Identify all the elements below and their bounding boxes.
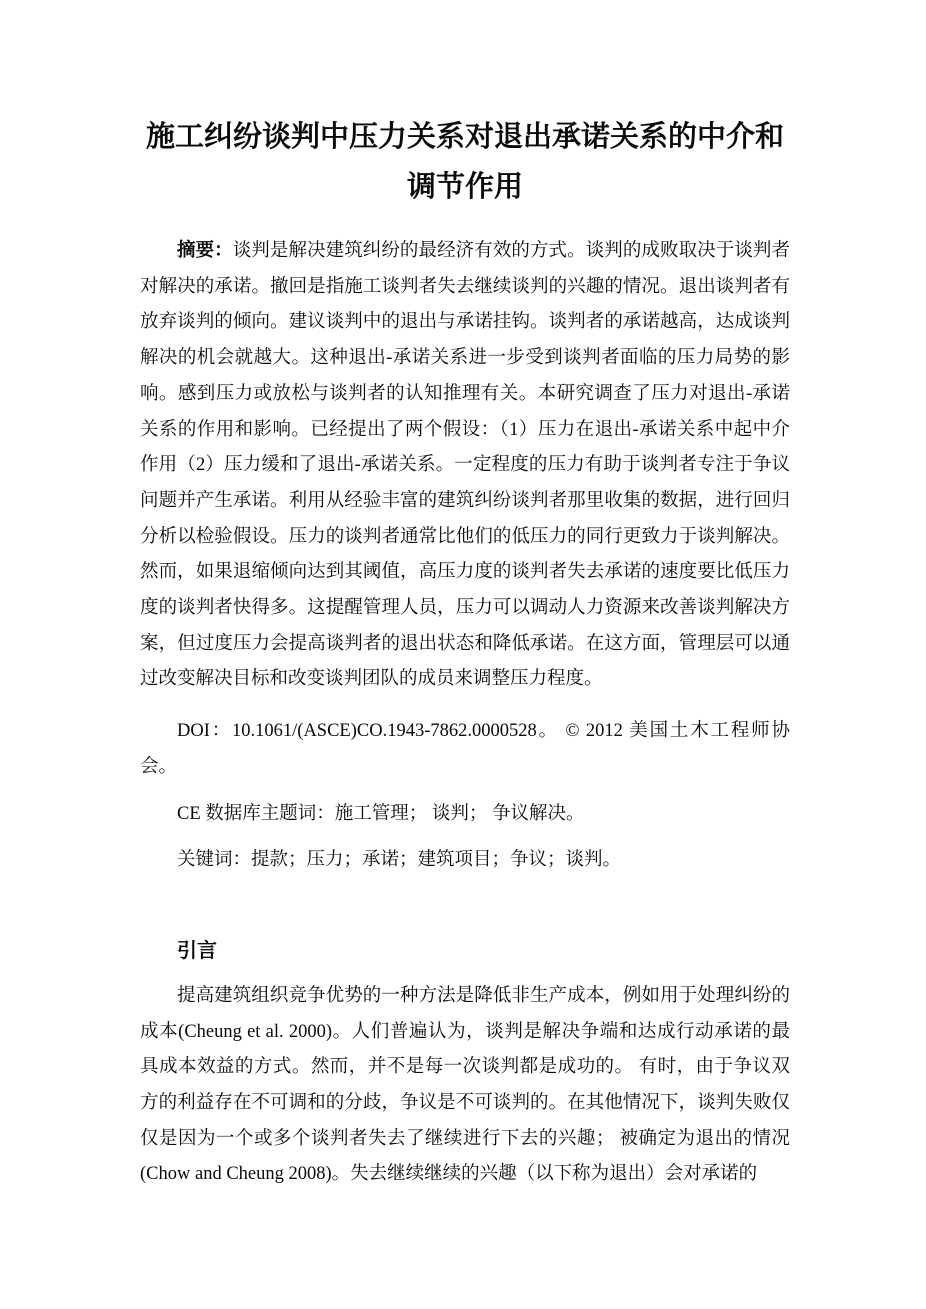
abstract-label: 摘要： [177,241,233,261]
ce-database-subject-line: CE 数据库主题词：施工管理； 谈判； 争议解决。 [140,797,790,833]
document-page: 施工纠纷谈判中压力关系对退出承诺关系的中介和调节作用 摘要：谈判是解决建筑纠纷的… [0,0,926,1309]
abstract-text: 谈判是解决建筑纠纷的最经济有效的方式。谈判的成败取决于谈判者对解决的承诺。撤回是… [140,241,790,689]
paper-title: 施工纠纷谈判中压力关系对退出承诺关系的中介和调节作用 [140,112,790,212]
doi-copyright-line: DOI：10.1061/(ASCE)CO.1943-7862.0000528。 … [140,714,790,785]
abstract-paragraph: 摘要：谈判是解决建筑纠纷的最经济有效的方式。谈判的成败取决于谈判者对解决的承诺。… [140,234,790,698]
introduction-paragraph: 提高建筑组织竞争优势的一种方法是降低非生产成本，例如用于处理纠纷的成本(Cheu… [140,979,790,1193]
keywords-line: 关键词：提款；压力；承诺；建筑项目；争议；谈判。 [140,843,790,879]
section-heading-introduction: 引言 [140,933,790,969]
